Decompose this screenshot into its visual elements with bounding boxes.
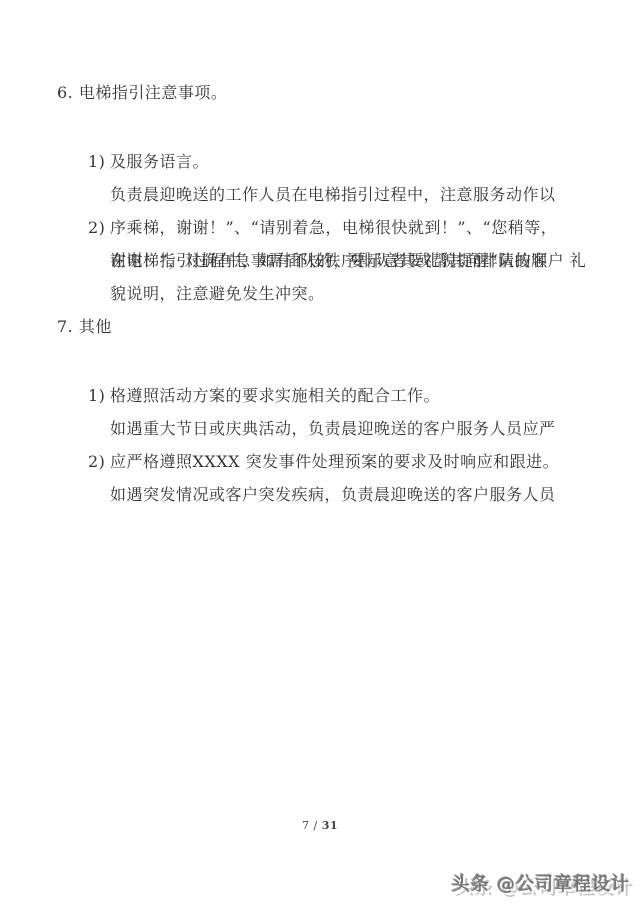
document-content: 6. 电梯指引注意事项。 1) 负责晨迎晚送的工作人员在电梯指引过程中，注意服务… bbox=[0, 0, 640, 478]
section-7-heading: 7. 其他 bbox=[0, 310, 640, 343]
section-6-item-2-line-3: 谢谢！”，对确有急事需插队的，要示意其或帮其向排队的客户 礼 bbox=[0, 244, 640, 277]
section-7-item-1-line-1: 1) 如遇重大节日或庆典活动，负责晨迎晚送的客户服务人员应严 bbox=[0, 346, 640, 379]
section-7-item-2-line-1: 2) 如遇突发情况或客户突发疾病，负责晨迎晚送的客户服务人员 bbox=[0, 412, 640, 445]
page-number-separator: / bbox=[309, 819, 321, 832]
watermark-text: 头条 @公司章程设计 bbox=[452, 870, 630, 896]
page-number: 7 / 31 bbox=[0, 819, 640, 832]
section-6-item-2-line-4: 貌说明，注意避免发生冲突。 bbox=[0, 277, 640, 310]
section-7-item-1-line-2: 格遵照活动方案的要求实施相关的配合工作。 bbox=[0, 379, 640, 412]
page-number-total: 31 bbox=[322, 819, 338, 832]
section-6-item-2-line-2: 序乘梯，谢谢！”、“请别着急，电梯很快就到！”、“您稍等， bbox=[0, 211, 640, 244]
section-6-heading: 6. 电梯指引注意事项。 bbox=[0, 76, 640, 109]
document-page: 6. 电梯指引注意事项。 1) 负责晨迎晚送的工作人员在电梯指引过程中，注意服务… bbox=[0, 0, 640, 905]
section-6-item-1-line-2: 及服务语言。 bbox=[0, 145, 640, 178]
list-item-text: 如遇突发情况或客户突发疾病，负责晨迎晚送的客户服务人员 bbox=[110, 478, 556, 511]
section-6-item-1-line-1: 1) 负责晨迎晚送的工作人员在电梯指引过程中，注意服务动作以 bbox=[0, 112, 640, 145]
section-6-item-2-line-1: 2) 在电梯指引过程中，如有不按秩序排队者要礼貌提醒“请按顺 bbox=[0, 178, 640, 211]
section-7-item-2-line-2: 应严格遵照XXXX 突发事件处理预案的要求及时响应和跟进。 bbox=[0, 445, 640, 478]
